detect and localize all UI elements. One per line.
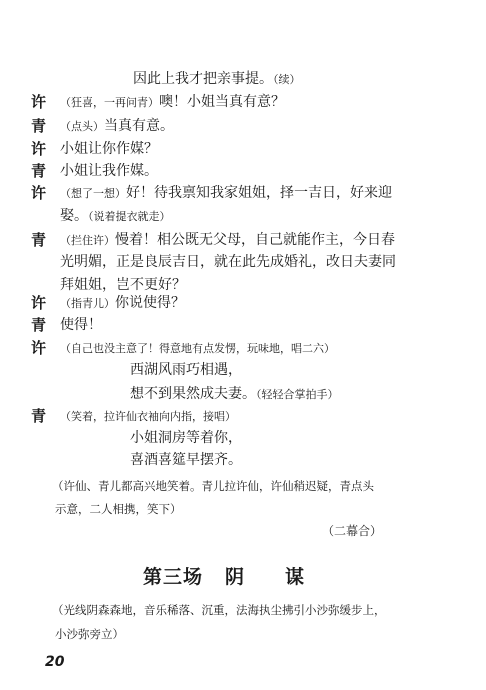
verse-line: 小姐洞房等着你， xyxy=(130,429,242,447)
line-text: 西湖风雨巧相遇， xyxy=(130,362,242,378)
stage-direction-block: （许仙、青儿都高兴地笑着。青儿拉许仙，许仙稍迟疑，青点头 xyxy=(52,477,374,495)
dialogue-continuation: 拜姐姐，岂不更好？ xyxy=(60,276,186,294)
dialogue-line: 使得！ xyxy=(60,316,102,334)
verse-line: 想不到果然成夫妻。（轻轻合掌拍手） xyxy=(130,385,339,404)
dialogue-line: （拦住许）慢着！相公既无父母，自己就能作主，今日春 xyxy=(60,231,395,250)
page-number: 20 xyxy=(45,654,64,670)
speaker-label: 许 xyxy=(31,93,46,111)
stage-direction: （续） xyxy=(273,73,301,86)
dialogue-line: （自己也没主意了！得意地有点发愣，玩味地，唱二六） xyxy=(60,339,335,358)
line-text: 慢着！相公既无父母，自己就能作主，今日春 xyxy=(115,232,395,248)
scene-name-char: 阴 xyxy=(225,566,245,588)
line-text: 当真有意。 xyxy=(104,118,174,134)
stage-direction: （点头） xyxy=(60,120,104,133)
dialogue-line: 小姐让我作媒。 xyxy=(60,162,158,180)
dialogue-line: （指青儿）你说使得？ xyxy=(60,294,185,313)
speaker-label: 青 xyxy=(31,162,46,180)
stage-direction: （说着提衣就走） xyxy=(88,210,171,223)
line-text: 因此上我才把亲事提。 xyxy=(133,71,273,87)
stage-direction: （指青儿） xyxy=(60,297,115,310)
dialogue-line: （想了一想）好！待我禀知我家姐姐，择一吉日，好来迎 xyxy=(60,184,392,203)
line-text: 娶。 xyxy=(60,208,88,224)
speaker-label: 许 xyxy=(31,294,46,312)
scene-number: 第三场 xyxy=(143,566,203,588)
line-text: 你说使得？ xyxy=(115,295,185,311)
stage-direction: （自己也没主意了！得意地有点发愣，玩味地，唱二六） xyxy=(60,342,335,355)
stage-direction: （狂喜，一再问青） xyxy=(60,96,159,109)
dialogue-line: （笑着，拉许仙衣袖向内指，接唱） xyxy=(60,407,236,426)
curtain-note: （二幕合） xyxy=(322,522,382,540)
line-text: 拜姐姐，岂不更好？ xyxy=(60,277,186,293)
stage-direction: （轻轻合掌拍手） xyxy=(256,388,339,401)
line-text: 小姐让你作媒？ xyxy=(60,141,158,157)
speaker-label: 许 xyxy=(31,339,46,357)
dialogue-line: （点头）当真有意。 xyxy=(60,117,174,136)
line-text: 喜酒喜筵早摆齐。 xyxy=(130,452,242,468)
speaker-label: 青 xyxy=(31,117,46,135)
dialogue-line: 小姐让你作媒？ xyxy=(60,140,158,158)
line-text: 使得！ xyxy=(60,317,102,333)
stage-direction: （拦住许） xyxy=(60,234,115,247)
scene-intro: 小沙弥旁立） xyxy=(55,625,124,643)
speaker-label: 青 xyxy=(31,407,46,425)
scene-name-char: 谋 xyxy=(285,566,305,588)
line-text: 噢！小姐当真有意？ xyxy=(159,94,285,110)
line-text: 光明媚，正是良辰吉日，就在此先成婚礼，改日夫妻同 xyxy=(60,254,396,270)
stage-direction-block: 示意，二人相携，笑下） xyxy=(55,500,182,518)
line-text: 好！待我禀知我家姐姐，择一吉日，好来迎 xyxy=(126,185,392,201)
verse-line: 喜酒喜筵早摆齐。 xyxy=(130,451,242,469)
scene-intro: （光线阴森森地，音乐稀落、沉重，法海执尘拂引小沙弥缓步上， xyxy=(52,601,386,619)
scene-title: 第三场阴谋 xyxy=(143,562,305,589)
verse-line: 西湖风雨巧相遇， xyxy=(130,361,242,379)
speaker-label: 青 xyxy=(31,316,46,334)
speaker-label: 青 xyxy=(31,231,46,249)
dialogue-continuation: 光明媚，正是良辰吉日，就在此先成婚礼，改日夫妻同 xyxy=(60,253,396,271)
dialogue-continuation: 娶。（说着提衣就走） xyxy=(60,207,171,226)
stage-direction: （笑着，拉许仙衣袖向内指，接唱） xyxy=(60,410,236,423)
speaker-label: 许 xyxy=(31,140,46,158)
stage-direction: （想了一想） xyxy=(60,187,126,200)
line-text: 想不到果然成夫妻。 xyxy=(130,386,256,402)
speaker-label: 许 xyxy=(31,184,46,202)
line-text: 小姐让我作媒。 xyxy=(60,163,158,179)
verse-line: 因此上我才把亲事提。（续） xyxy=(133,70,301,89)
line-text: 小姐洞房等着你， xyxy=(130,430,242,446)
dialogue-line: （狂喜，一再问青）噢！小姐当真有意？ xyxy=(60,93,285,112)
